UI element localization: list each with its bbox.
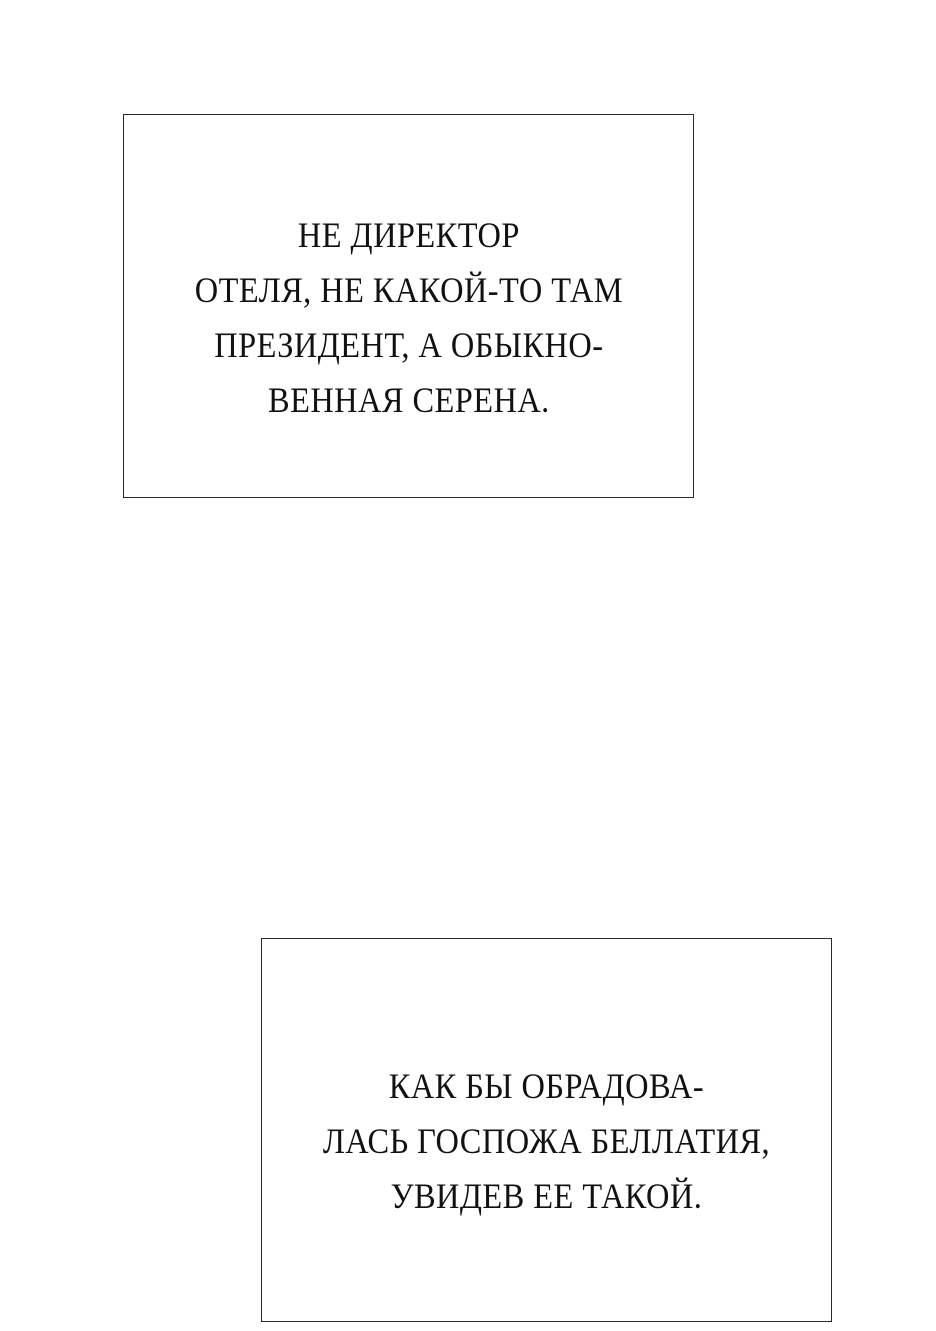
narration-line: отеля, не какой-то там: [194, 263, 622, 318]
narration-text: Как бы обрадова- лась госпожа Беллатия, …: [323, 1059, 770, 1224]
narration-text: Не директор отеля, не какой-то там прези…: [194, 208, 622, 428]
narration-line: Не директор: [194, 208, 622, 263]
narration-line: лась госпожа Беллатия,: [323, 1114, 770, 1169]
narration-line: президент, а обыкно-: [194, 318, 622, 373]
narration-line: венная Серена.: [194, 373, 622, 428]
narration-box-1: Не директор отеля, не какой-то там прези…: [123, 114, 694, 498]
narration-box-2: Как бы обрадова- лась госпожа Беллатия, …: [261, 938, 832, 1322]
narration-line: Как бы обрадова-: [323, 1059, 770, 1114]
narration-line: увидев ее такой.: [323, 1169, 770, 1224]
